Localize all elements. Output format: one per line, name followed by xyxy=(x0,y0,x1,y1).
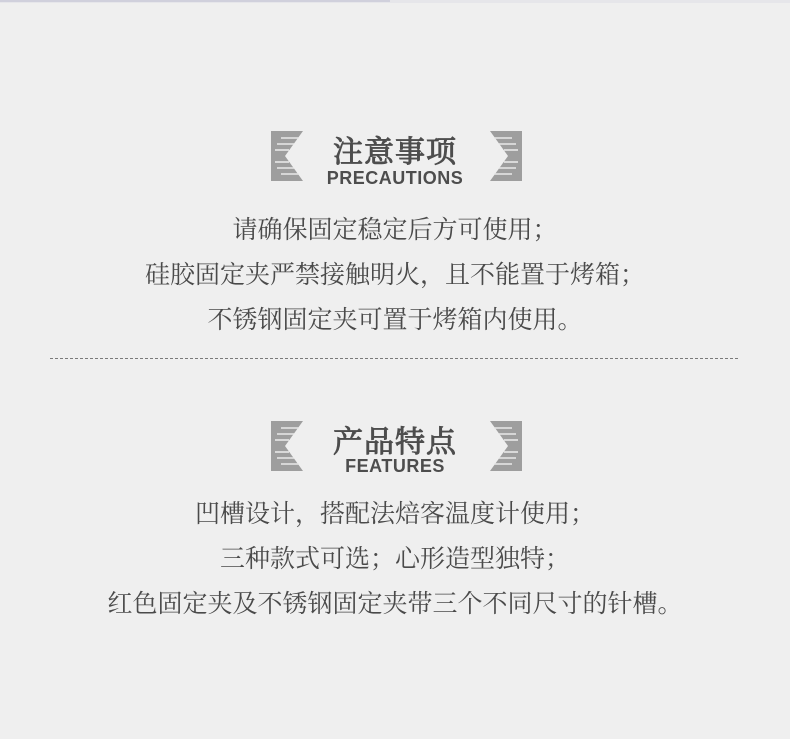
features-text: 凹槽设计，搭配法焙客温度计使用； 三种款式可选；心形造型独特； 红色固定夹及不锈… xyxy=(0,491,790,626)
features-line: 凹槽设计，搭配法焙客温度计使用； xyxy=(0,491,790,536)
chevron-right-striped-icon xyxy=(490,421,522,471)
features-header: 产品特点 FEATURES xyxy=(0,415,790,485)
precautions-line: 硅胶固定夹严禁接触明火，且不能置于烤箱； xyxy=(0,252,790,297)
chevron-right-striped-icon xyxy=(490,131,522,181)
precautions-line: 请确保固定稳定后方可使用； xyxy=(0,207,790,252)
precautions-line: 不锈钢固定夹可置于烤箱内使用。 xyxy=(0,297,790,342)
precautions-title: 注意事项 xyxy=(0,127,790,171)
precautions-header: 注意事项 PRECAUTIONS xyxy=(0,125,790,195)
features-subtitle: FEATURES xyxy=(0,456,790,477)
features-line: 红色固定夹及不锈钢固定夹带三个不同尺寸的针槽。 xyxy=(0,581,790,626)
dashed-divider xyxy=(50,358,738,359)
features-line: 三种款式可选；心形造型独特； xyxy=(0,536,790,581)
top-edge-strip xyxy=(0,0,790,3)
features-title: 产品特点 xyxy=(0,417,790,461)
top-edge-bar xyxy=(0,0,390,2)
precautions-text: 请确保固定稳定后方可使用； 硅胶固定夹严禁接触明火，且不能置于烤箱； 不锈钢固定… xyxy=(0,207,790,342)
precautions-subtitle: PRECAUTIONS xyxy=(0,168,790,189)
